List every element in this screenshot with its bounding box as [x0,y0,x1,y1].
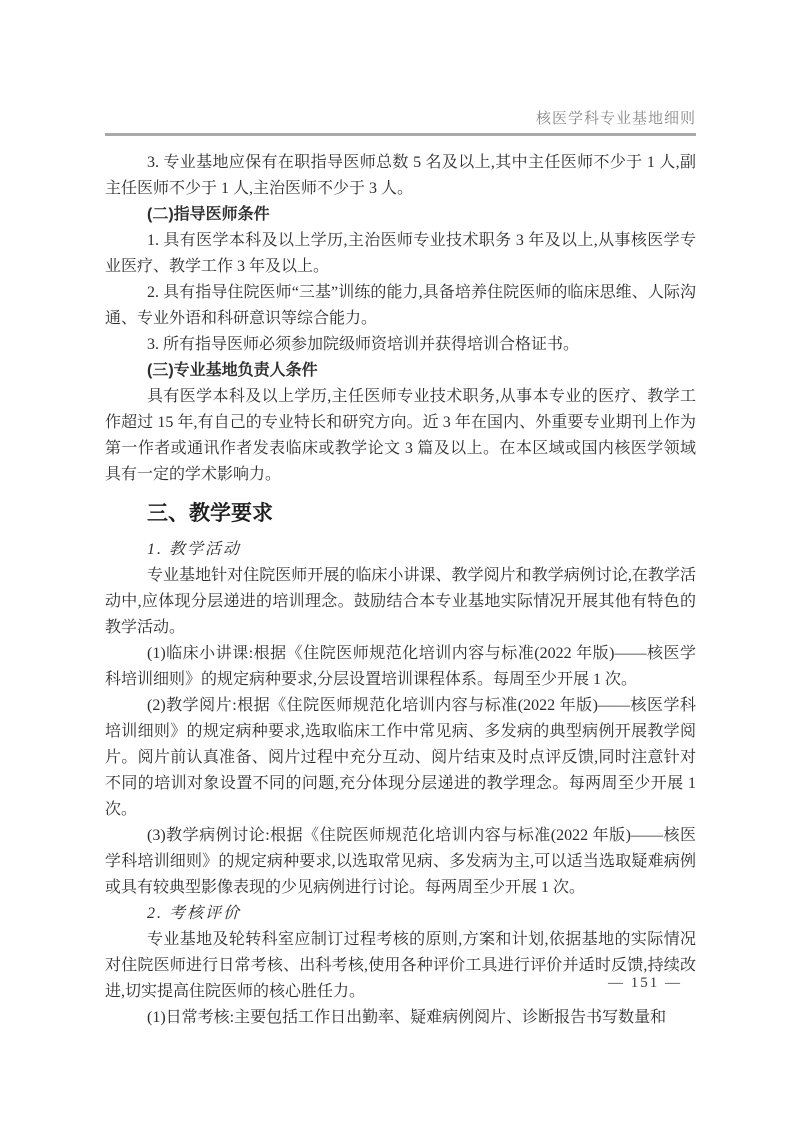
paragraph: 具有医学本科及以上学历,主任医师专业技术职务,从事本专业的医疗、教学工作超过 1… [105,384,696,488]
paragraph: (1)临床小讲课:根据《住院医师规范化培训内容与标准(2022 年版)——核医学… [105,641,696,693]
page-number: — 151 — [608,975,682,991]
page-footer: — 151 — [608,975,682,992]
paragraph: (2)教学阅片:根据《住院医师规范化培训内容与标准(2022 年版)——核医学科… [105,693,696,823]
paragraph: 专业基地针对住院医师开展的临床小讲课、教学阅片和教学病例讨论,在教学活动中,应体… [105,563,696,641]
paragraph: (3)教学病例讨论:根据《住院医师规范化培训内容与标准(2022 年版)——核医… [105,823,696,901]
activity-subheading: 2. 考核评价 [105,901,696,927]
paragraph: 3. 所有指导医师必须参加院级师资培训并获得培训合格证书。 [105,332,696,358]
subsection-heading: (三)专业基地负责人条件 [105,358,696,384]
page-header: 核医学科专业基地细则 [105,0,696,136]
section-heading: 三、教学要求 [105,500,696,528]
paragraph: 2. 具有指导住院医师“三基”训练的能力,具备培养住院医师的临床思维、人际沟通、… [105,280,696,332]
document-body: 3. 专业基地应保有在职指导医师总数 5 名及以上,其中主任医师不少于 1 人,… [105,150,696,1031]
paragraph: 1. 具有医学本科及以上学历,主治医师专业技术职务 3 年及以上,从事核医学专业… [105,228,696,280]
paragraph: 专业基地及轮转科室应制订过程考核的原则,方案和计划,依据基地的实际情况对住院医师… [105,927,696,1005]
paragraph: 3. 专业基地应保有在职指导医师总数 5 名及以上,其中主任医师不少于 1 人,… [105,150,696,202]
activity-subheading: 1. 教学活动 [105,537,696,563]
subsection-heading: (二)指导医师条件 [105,202,696,228]
header-rule [105,133,696,136]
paragraph: (1)日常考核:主要包括工作日出勤率、疑难病例阅片、诊断报告书写数量和 [105,1005,696,1031]
running-head-title: 核医学科专业基地细则 [105,0,696,128]
document-page: 核医学科专业基地细则 3. 专业基地应保有在职指导医师总数 5 名及以上,其中主… [0,0,800,1131]
